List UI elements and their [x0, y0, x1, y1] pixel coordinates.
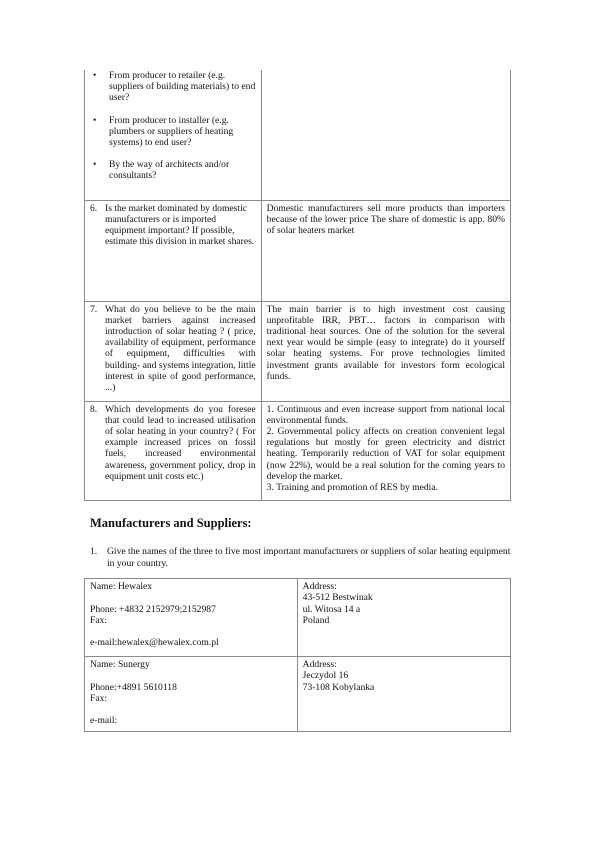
supplier-fax: Fax: [90, 693, 292, 704]
bullet-icon: • [90, 159, 109, 181]
question-cell: 7.What do you believe to be the main mar… [85, 301, 262, 401]
table-row: •From producer to retailer (e.g. supplie… [85, 70, 511, 200]
distribution-channel-list: •From producer to retailer (e.g. supplie… [90, 70, 256, 182]
answer-text: 3. Training and promotion of RES by medi… [267, 482, 505, 493]
supplier-phone: Phone: +4832 2152979;2152987 [90, 604, 292, 615]
question-text: Is the market dominated by domestic manu… [105, 203, 256, 248]
question-cell: •From producer to retailer (e.g. supplie… [85, 70, 262, 200]
instruction: 1. Give the names of the three to five m… [90, 546, 520, 569]
instruction-text: Give the names of the three to five most… [107, 546, 520, 569]
question-cell: 8.Which developments do you foresee that… [85, 401, 262, 500]
question-cell: 6.Is the market dominated by domestic ma… [85, 200, 262, 301]
question-text: What do you believe to be the main marke… [105, 304, 256, 394]
supplier-fax: Fax: [90, 615, 292, 626]
table-row: Name: Sunergy Phone:+4891 5610118 Fax: e… [85, 657, 511, 732]
supplier-phone: Phone:+4891 5610118 [90, 682, 292, 693]
answer-text: 1. Continuous and even increase support … [267, 404, 505, 426]
supplier-email: e-mail: [90, 715, 292, 726]
address-line: 43-512 Bestwinak [303, 592, 505, 603]
table-row: 7.What do you believe to be the main mar… [85, 301, 511, 401]
question-number: 6. [90, 203, 105, 248]
supplier-address-cell: Address: Jeczydol 16 73-108 Kobylanka [297, 657, 510, 732]
supplier-contact-cell: Name: Hewalex Phone: +4832 2152979;21529… [85, 579, 298, 657]
answer-text: 2. Governmental policy affects on creati… [267, 426, 505, 482]
answer-text: The main barrier is to high investment c… [267, 304, 505, 382]
question-number: 8. [90, 404, 105, 482]
supplier-address-cell: Address: 43-512 Bestwinak ul. Witosa 14 … [297, 579, 510, 657]
section-heading: Manufacturers and Suppliers: [90, 516, 252, 531]
address-line: 73-108 Kobylanka [303, 682, 505, 693]
table-row: 6.Is the market dominated by domestic ma… [85, 200, 511, 301]
answer-cell: 1. Continuous and even increase support … [261, 401, 510, 500]
table-row: Name: Hewalex Phone: +4832 2152979;21529… [85, 579, 511, 657]
address-line: Poland [303, 615, 505, 626]
supplier-name: Name: Hewalex [90, 581, 292, 592]
address-line: Jeczydol 16 [303, 670, 505, 681]
supplier-contact-cell: Name: Sunergy Phone:+4891 5610118 Fax: e… [85, 657, 298, 732]
bullet-icon: • [90, 115, 109, 149]
table-row: 8.Which developments do you foresee that… [85, 401, 511, 500]
list-item: •From producer to retailer (e.g. supplie… [90, 70, 256, 104]
answer-cell: The main barrier is to high investment c… [261, 301, 510, 401]
suppliers-table: Name: Hewalex Phone: +4832 2152979;21529… [84, 578, 511, 732]
answer-cell [261, 70, 510, 200]
list-item: •By the way of architects and/or consult… [90, 159, 256, 181]
address-label: Address: [303, 581, 505, 592]
bullet-icon: • [90, 70, 109, 104]
question-number: 7. [90, 304, 105, 394]
answer-text: Domestic manufacturers sell more product… [267, 203, 505, 237]
list-item: •From producer to installer (e.g. plumbe… [90, 115, 256, 149]
answer-cell: Domestic manufacturers sell more product… [261, 200, 510, 301]
supplier-email: e-mail:hewalex@hewalex.com.pl [90, 637, 292, 648]
supplier-name: Name: Sunergy [90, 659, 292, 670]
questionnaire-table: •From producer to retailer (e.g. supplie… [84, 70, 511, 501]
address-line: ul. Witosa 14 a [303, 604, 505, 615]
address-label: Address: [303, 659, 505, 670]
question-text: Which developments do you foresee that c… [105, 404, 256, 482]
instruction-number: 1. [90, 546, 107, 569]
